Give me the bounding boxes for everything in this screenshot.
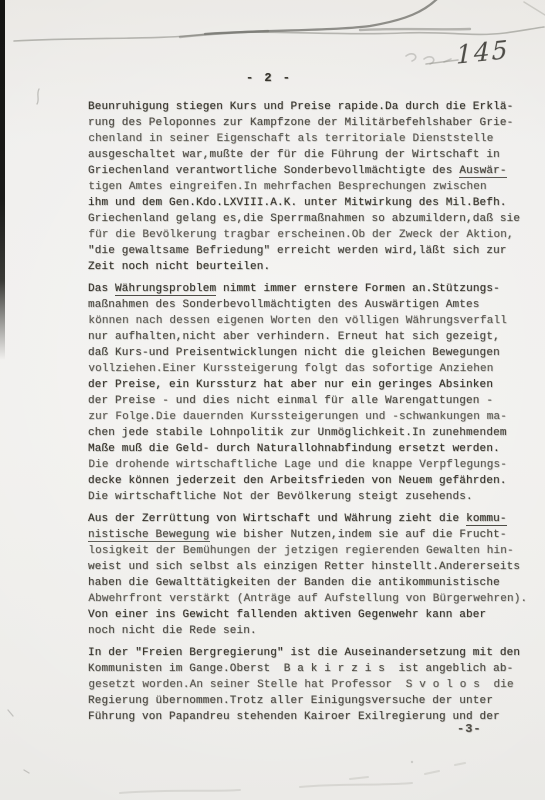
text-line: rung des Peloponnes zur Kampfzone der Mi… (88, 115, 528, 131)
text-line: noch nicht die Rede sein. (88, 623, 528, 639)
pencil-line-reinforcement (180, 29, 470, 37)
text-line: haben die Gewalttätigkeiten der Banden d… (88, 575, 528, 591)
left-margin-speck (37, 89, 39, 104)
pencil-smudge-scribble (406, 54, 451, 64)
text-line: Zeit noch nicht beurteilen. (88, 259, 528, 275)
bottom-smudge-streaks (120, 763, 465, 793)
text-line: maßnahmen des Sonderbevollmächtigten des… (88, 297, 528, 313)
text-line: weist und sich selbst als einzigen Rette… (88, 559, 528, 575)
paragraph: In der "Freien Bergregierung" ist die Au… (88, 645, 528, 725)
text-line: chenland in seiner Eigenschaft als terri… (88, 131, 528, 147)
paragraph: Aus der Zerrüttung von Wirtschaft und Wä… (88, 511, 528, 639)
text-line: Die wirtschaftliche Not der Bevölkerung … (88, 489, 528, 505)
page-number: - 2 - (246, 71, 292, 85)
text-line: Griechenland gelang es,die Sperrmaßnahme… (88, 211, 528, 227)
handwritten-folio-number: 145 (456, 35, 509, 70)
text-line: Das Währungsproblem nimmt immer ernstere… (88, 281, 528, 297)
text-line: Maße muß die Geld- durch Naturallohnabfi… (88, 441, 528, 457)
text-line: Beunruhigung stiegen Kurs und Preise rap… (88, 99, 528, 115)
text-line: Aus der Zerrüttung von Wirtschaft und Wä… (88, 511, 528, 527)
text-line: Die drohende wirtschaftliche Lage und di… (88, 457, 528, 473)
text-line: vollziehen.Einer Kurssteigerung folgt da… (88, 361, 528, 377)
text-line: "die gewaltsame Befriedung" erreicht wer… (88, 243, 528, 259)
text-line: ausgeschaltet war,mußte der für die Führ… (88, 147, 528, 163)
document-body: Beunruhigung stiegen Kurs und Preise rap… (88, 99, 528, 731)
bottom-left-speck (8, 710, 29, 773)
text-line: nistische Bewegung wie bisher Nutzen,ind… (88, 527, 528, 543)
text-line: können nach dessen eigenen Worten den vö… (88, 313, 528, 329)
text-line: Regierung übernommen.Trotz aller Einigun… (88, 693, 528, 709)
next-page-catchword: -3- (457, 722, 482, 736)
text-line: nur aufhalten,nicht aber verhindern. Ern… (88, 329, 528, 345)
pencil-short-underline (426, 60, 458, 64)
paragraph: Das Währungsproblem nimmt immer ernstere… (88, 281, 528, 505)
text-line: der Preise - und dies nicht einmal für a… (88, 393, 528, 409)
text-line: zur Folge.Die dauernden Kurssteigerungen… (88, 409, 528, 425)
text-line: Von einer ins Gewicht fallenden aktiven … (88, 607, 528, 623)
text-line: der Preise, ein Kurssturz hat aber nur e… (88, 377, 528, 393)
text-line: decke können jederzeit den Arbeitsfriede… (88, 473, 528, 489)
scan-edge-artifact (0, 0, 5, 360)
text-line: chen jede stabile Lohnpolitik zur Unmögl… (88, 425, 528, 441)
text-line: daß Kurs-und Preisentwicklungen nicht di… (88, 345, 528, 361)
text-line: Abwehrfront verstärkt (Anträge auf Aufst… (88, 591, 528, 607)
text-line: für die Bevölkerung tragbar erscheinen.O… (88, 227, 528, 243)
text-line: tigen Amtes eingreifen.In mehrfachen Bes… (88, 179, 528, 195)
text-line: Griechenland verantwortliche Sonderbevol… (88, 163, 528, 179)
scanned-document-page: - 2 - 145 Beunruhigung stiegen Kurs und … (0, 0, 545, 800)
bottom-dot-speck (411, 761, 413, 763)
text-line: ihm und dem Gen.Kdo.LXVIII.A.K. unter Mi… (88, 195, 528, 211)
corner-mark (524, 2, 545, 15)
text-line: Kommunisten im Gange.Oberst B a k i r z … (88, 661, 528, 677)
text-line: losigkeit der Bemühungen der jetzigen re… (88, 543, 528, 559)
pencil-curl-stroke (205, 0, 440, 34)
paragraph: Beunruhigung stiegen Kurs und Preise rap… (88, 99, 528, 275)
text-line: gesetzt worden.An seiner Stelle hat Prof… (88, 677, 528, 693)
text-line: In der "Freien Bergregierung" ist die Au… (88, 645, 528, 661)
